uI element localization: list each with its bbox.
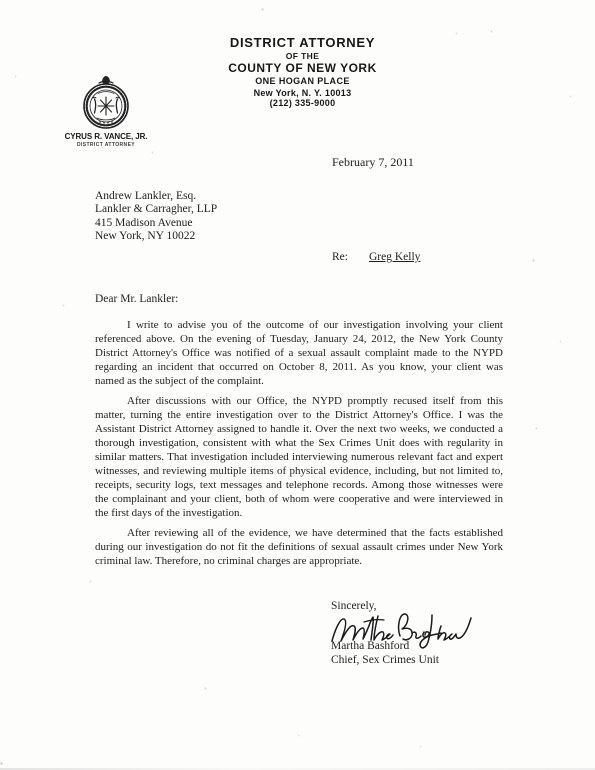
letter-body: I write to advise you of the outcome of … xyxy=(95,318,503,574)
closing-block: Sincerely, Martha Bashford Chief, Sex Cr… xyxy=(331,600,541,667)
reference-line: Re:Greg Kelly xyxy=(332,251,420,263)
recipient-line: New York, NY 10022 xyxy=(95,230,217,243)
re-label: Re: xyxy=(332,251,348,263)
paragraph-1: I write to advise you of the outcome of … xyxy=(95,318,503,388)
da-title: DISTRICT ATTORNEY xyxy=(56,142,156,148)
nyc-county-seal-icon xyxy=(82,74,130,130)
scan-speckles xyxy=(0,0,1,1)
letter-date: February 7, 2011 xyxy=(332,155,414,170)
recipient-line: 415 Madison Avenue xyxy=(95,217,217,230)
letter-page: DISTRICT ATTORNEY OF THE COUNTY OF NEW Y… xyxy=(0,0,595,770)
recipient-line: Lankler & Carragher, LLP xyxy=(95,203,217,216)
signer-name: Martha Bashford xyxy=(331,640,541,654)
valediction: Sincerely, xyxy=(331,600,541,613)
district-attorney-seal-block: CYRUS R. VANCE, JR. DISTRICT ATTORNEY xyxy=(56,74,156,148)
re-subject: Greg Kelly xyxy=(369,251,420,263)
da-name: CYRUS R. VANCE, JR. xyxy=(56,132,156,141)
salutation: Dear Mr. Lankler: xyxy=(95,293,178,305)
signer-title: Chief, Sex Crimes Unit xyxy=(331,654,541,668)
letterhead-title: DISTRICT ATTORNEY xyxy=(10,36,595,50)
paragraph-3: After reviewing all of the evidence, we … xyxy=(95,526,503,568)
paragraph-2: After discussions with our Office, the N… xyxy=(95,394,503,520)
recipient-line: Andrew Lankler, Esq. xyxy=(95,190,217,203)
recipient-address: Andrew Lankler, Esq. Lankler & Carragher… xyxy=(95,190,217,243)
